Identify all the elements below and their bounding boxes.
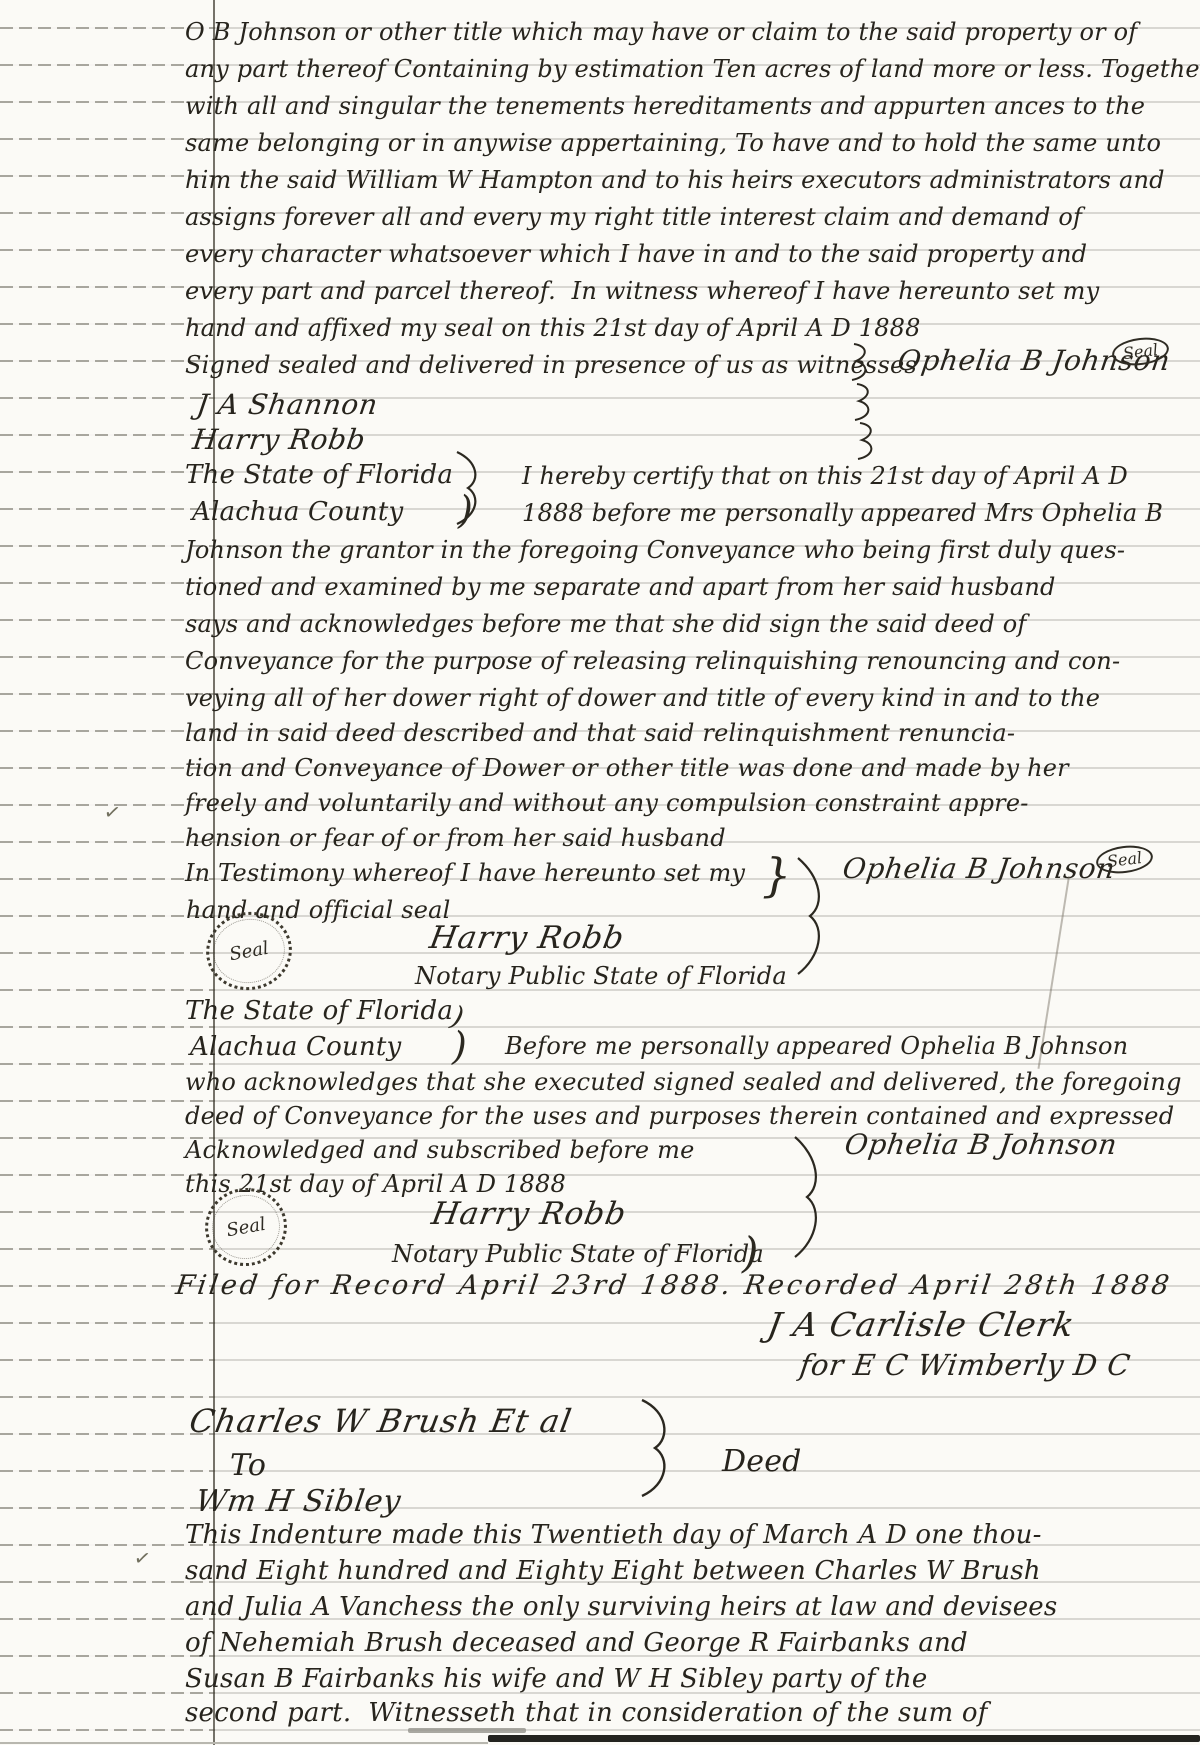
witness-signature: Harry Robb — [191, 423, 368, 456]
recording-filed-line: Filed for Record April 23rd 1888. Record… — [174, 1270, 1174, 1301]
witness-signature: J A Shannon — [195, 388, 380, 421]
venue-state: The State of Florida — [185, 996, 453, 1026]
deed-body-line: O B Johnson or other title which may hav… — [185, 18, 1137, 46]
witness-brace-icon — [852, 421, 878, 465]
notary-title: Notary Public State of Florida — [392, 1240, 764, 1268]
certificate-line: tion and Conveyance of Dower or other ti… — [185, 754, 1069, 782]
certificate-line: Conveyance for the purpose of releasing … — [185, 647, 1120, 675]
notary-signature: Harry Robb — [427, 920, 628, 956]
county-paren-icon: ) — [452, 1024, 467, 1068]
deed-body-line: second part. Witnesseth that in consider… — [185, 1698, 988, 1728]
certificate-line: tioned and examined by me separate and a… — [185, 573, 1056, 601]
caption-brace-icon — [636, 1398, 678, 1502]
witness-brace-icon — [849, 382, 875, 426]
deed-body-line: every part and parcel thereof. In witnes… — [185, 277, 1099, 305]
deed-body-line: This Indenture made this Twentieth day o… — [185, 1520, 1042, 1550]
certificate-line: Johnson the grantor in the foregoing Con… — [185, 536, 1125, 564]
venue-state: The State of Florida — [185, 460, 453, 490]
seal-stamp-text: Seal — [228, 937, 271, 965]
deed-body-line: and Julia A Vanchess the only surviving … — [185, 1592, 1057, 1622]
deed-body-line: any part thereof Containing by estimatio… — [185, 55, 1200, 83]
grantor-signature: Ophelia B Johnson — [843, 1128, 1120, 1161]
deputy-clerk-line: for E C Wimberly D C — [798, 1348, 1133, 1382]
deed-body-line: with all and singular the tenements here… — [185, 92, 1145, 120]
deed-body-line: him the said William W Hampton and to hi… — [185, 166, 1165, 194]
seal-stamp-text: Seal — [225, 1213, 268, 1241]
scan-edge-artifact — [408, 1728, 526, 1733]
certificate-line: I hereby certify that on this 21st day o… — [522, 462, 1128, 490]
deed-body-line: every character whatsoever which I have … — [185, 240, 1087, 268]
venue-county: Alachua County — [190, 1032, 401, 1062]
certificate-line: 1888 before me personally appeared Mrs O… — [522, 499, 1163, 527]
certificate-line: deed of Conveyance for the uses and purp… — [185, 1102, 1174, 1130]
certificate-line: Before me personally appeared Ophelia B … — [505, 1032, 1128, 1060]
certificate-line: Acknowledged and subscribed before me — [185, 1136, 695, 1164]
notary-title: Notary Public State of Florida — [415, 962, 787, 990]
deed-body-line: sand Eight hundred and Eighty Eight betw… — [185, 1556, 1041, 1586]
left-margin-rules — [0, 0, 215, 1745]
deed-body-line: hand and affixed my seal on this 21st da… — [185, 314, 921, 342]
clerk-signature: J A Carlisle Clerk — [765, 1305, 1078, 1344]
notary-signature: Harry Robb — [429, 1196, 630, 1232]
certificate-line: land in said deed described and that sai… — [185, 719, 1015, 747]
county-paren-icon: ) — [458, 488, 473, 532]
certificate-line: freely and voluntarily and without any c… — [185, 789, 1029, 817]
deed-body-line: assigns forever all and every my right t… — [185, 203, 1082, 231]
grantor-signature: Ophelia B Johnson — [841, 852, 1118, 885]
deed-book-page: O B Johnson or other title which may hav… — [0, 0, 1200, 1745]
deed-body-line: of Nehemiah Brush deceased and George R … — [185, 1628, 968, 1658]
attestation-line: Signed sealed and delivered in presence … — [185, 351, 917, 379]
certificate-line: hension or fear of or from her said husb… — [185, 824, 726, 852]
caption-grantee: Wm H Sibley — [194, 1484, 404, 1519]
testimony-brace-icon: } — [762, 848, 791, 902]
certificate-line: veying all of her dower right of dower a… — [185, 684, 1100, 712]
certificate-closing-brace-icon — [790, 1135, 826, 1263]
instrument-label: Deed — [722, 1444, 802, 1479]
caption-grantor: Charles W Brush Et al — [187, 1402, 575, 1440]
scan-edge-artifact — [0, 1742, 488, 1744]
scan-edge-artifact — [488, 1735, 1200, 1742]
witness-brace-icon — [846, 342, 872, 386]
venue-county: Alachua County — [192, 497, 403, 527]
caption-connector: To — [230, 1448, 266, 1483]
deed-body-line: same belonging or in anywise appertainin… — [185, 129, 1161, 157]
certificate-line: says and acknowledges before me that she… — [185, 610, 1026, 638]
deed-body-line: Susan B Fairbanks his wife and W H Sible… — [185, 1664, 927, 1694]
testimony-line: In Testimony whereof I have hereunto set… — [185, 859, 745, 887]
certificate-line: who acknowledges that she executed signe… — [185, 1068, 1182, 1096]
certificate-closing-brace-icon — [793, 856, 829, 980]
